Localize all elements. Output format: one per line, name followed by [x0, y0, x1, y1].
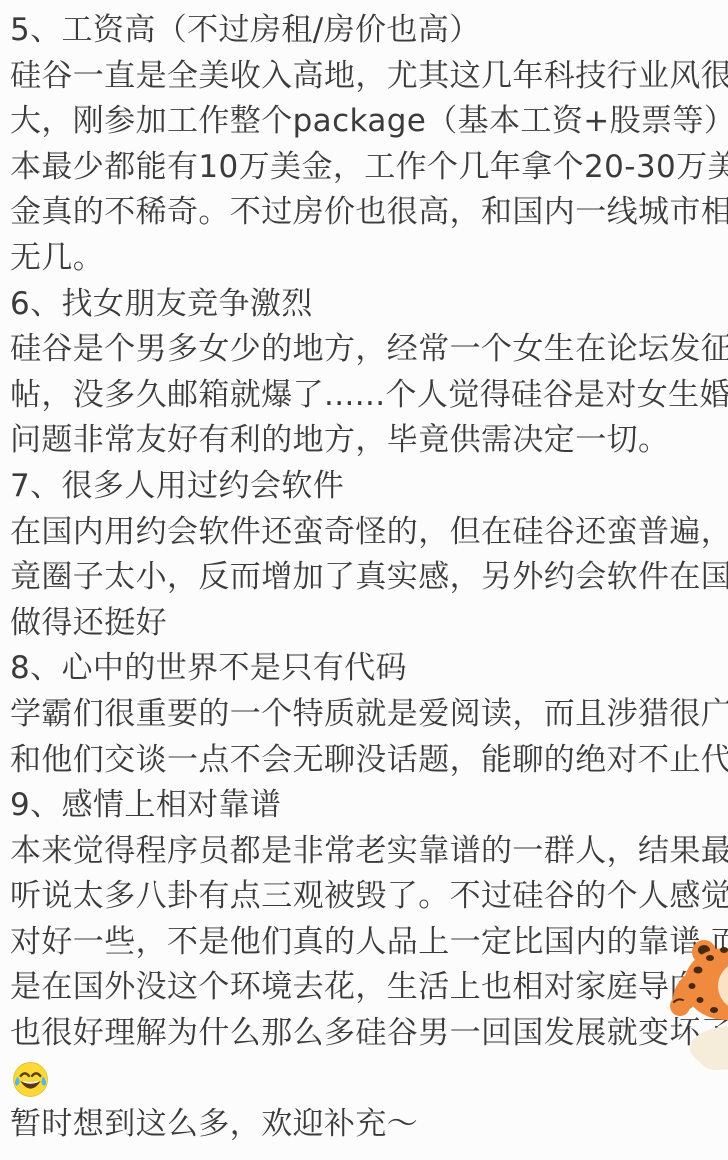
- tiger-sticker: [642, 940, 728, 1070]
- emoji-line: [10, 1057, 722, 1103]
- section-heading: 5、工资高（不过房租/房价也高）: [10, 8, 722, 54]
- text-line: 帖，没多久邮箱就爆了......个人觉得硅谷是对女生婚恋: [10, 373, 722, 419]
- text-line: 本最少都能有10万美金，工作个几年拿个20-30万美: [10, 145, 722, 191]
- text-line: 也很好理解为什么那么多硅谷男一回国发展就变坏了: [10, 1011, 722, 1057]
- section-heading: 9、感情上相对靠谱: [10, 783, 722, 829]
- joy-emoji-icon: [12, 1061, 49, 1098]
- text-line: 是在国外没这个环境去花，生活上也相对家庭导向。这: [10, 965, 722, 1011]
- text-line: 硅谷一直是全美收入高地，尤其这几年科技行业风很: [10, 54, 722, 100]
- tiger-costume-icon: [642, 940, 728, 1070]
- text-line: 金真的不稀奇。不过房价也很高，和国内一线城市相差: [10, 190, 722, 236]
- text-line: 和他们交谈一点不会无聊没话题，能聊的绝对不止代码: [10, 738, 722, 784]
- section-heading: 8、心中的世界不是只有代码: [10, 646, 722, 692]
- post-screenshot: 5、工资高（不过房租/房价也高） 硅谷一直是全美收入高地，尤其这几年科技行业风很…: [0, 0, 728, 1160]
- post-text: 5、工资高（不过房租/房价也高） 硅谷一直是全美收入高地，尤其这几年科技行业风很…: [10, 8, 722, 1148]
- text-line: 大，刚参加工作整个package（基本工资+股票等）基: [10, 99, 722, 145]
- text-line: 学霸们很重要的一个特质就是爱阅读，而且涉猎很广，: [10, 692, 722, 738]
- text-line: 硅谷是个男多女少的地方，经常一个女生在论坛发征婚: [10, 327, 722, 373]
- text-line: 做得还挺好: [10, 601, 722, 647]
- closing-line: 暂时想到这么多，欢迎补充～: [10, 1102, 722, 1148]
- section-heading: 7、很多人用过约会软件: [10, 464, 722, 510]
- text-line: 问题非常友好有利的地方，毕竟供需决定一切。: [10, 418, 722, 464]
- text-line: 本来觉得程序员都是非常老实靠谱的一群人，结果最近: [10, 829, 722, 875]
- text-line: 听说太多八卦有点三观被毁了。不过硅谷的个人感觉相: [10, 874, 722, 920]
- text-line: 在国内用约会软件还蛮奇怪的，但在硅谷还蛮普遍，毕: [10, 510, 722, 556]
- text-line: 竟圈子太小，反而增加了真实感，另外约会软件在国外: [10, 555, 722, 601]
- text-line: 对好一些，不是他们真的人品上一定比国内的靠谱,而: [10, 920, 722, 966]
- section-heading: 6、找女朋友竞争激烈: [10, 282, 722, 328]
- text-line: 无几。: [10, 236, 722, 282]
